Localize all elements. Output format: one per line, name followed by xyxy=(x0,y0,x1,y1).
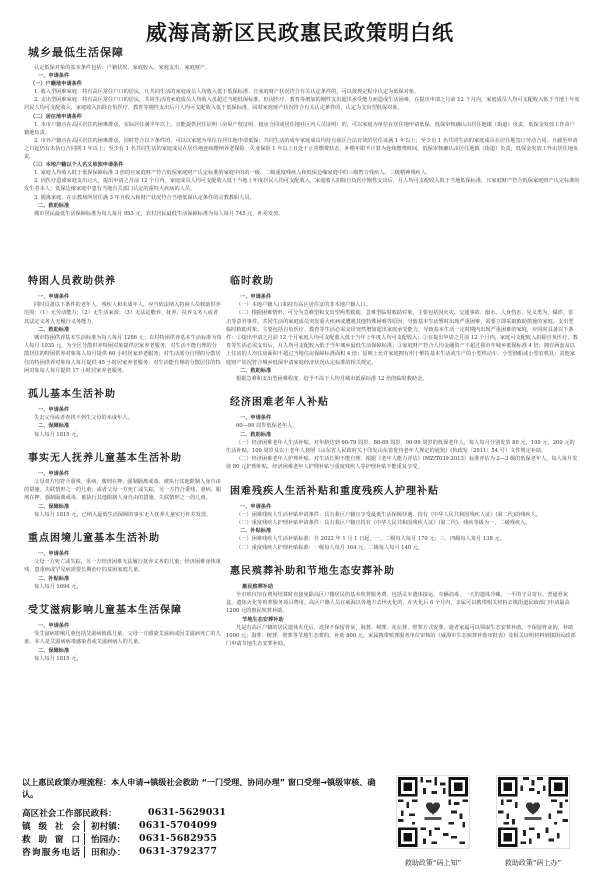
paragraph: 1. 家庭人均收入低于低保保障标准 3 倍的且家庭财产符合低保家庭财产认定标准的… xyxy=(24,169,580,177)
subheading: 二、补贴标准 xyxy=(24,575,222,583)
section-zhongdian: 重点困境儿童基本生活补助 一、申请条件 父母一方死亡或失踪，另一方经济困难无法履… xyxy=(24,529,222,591)
contact-row: 镇 级 社 会 初村镇： 0631-5704099 xyxy=(22,819,382,832)
subheading: （二）居住地申请条件 xyxy=(24,113,580,121)
right-column: 临时救助 一、申请条件 （一）本地户籍人口和持有高区居住证的非本地户籍人口。 （… xyxy=(226,272,578,659)
paragraph: 每人每月 1815 元。已纳入最低生活保障的事实无人抚养儿童实行补差发放。 xyxy=(24,511,222,519)
section-aizi: 受艾滋病影响儿童基本生活保障 一、申请条件 受艾滋病影响儿童包括艾滋病致孤儿童、… xyxy=(24,601,222,663)
window-label: 咨询服务电话 xyxy=(22,846,80,858)
section-heading: 事实无人抚养儿童基本生活补助 xyxy=(28,449,222,464)
subheading: 二、保障标准 xyxy=(24,647,222,655)
subheading: 二、救助标准 xyxy=(226,431,578,439)
subheading: 一、申请条件 xyxy=(226,503,578,511)
contact-label: 高区社会工作部民政科： xyxy=(22,807,138,819)
paragraph: 父母双方均符合重残、重病、服刑在押、强制隔离戒毒、被执行其他限制人身自由的措施、… xyxy=(24,478,222,503)
section-heading: 特困人员救助供养 xyxy=(28,272,222,287)
section-heading: 孤儿基本生活补助 xyxy=(28,385,222,400)
divider xyxy=(84,820,91,832)
contact-row: 咨询服务电话 田和办： 0631-3792377 xyxy=(22,845,382,858)
paragraph: 失去父母或者查找不到生父母的未成年人。 xyxy=(24,414,222,422)
process-flow-text: 以上惠民政策办理流程：本人申请→镇级社会救助 “一门受理、协同办理” 窗口受理→… xyxy=(22,776,382,800)
town-name: 田和办： xyxy=(91,846,139,858)
paragraph: 城市居民最低生活保障标准为每人每月 953 元，农村居民最低生活保障标准为每人每… xyxy=(24,210,580,218)
divider xyxy=(84,846,91,858)
qr-code-image[interactable] xyxy=(496,775,570,849)
section-guer: 孤儿基本生活补助 一、申请条件 失去父母或者查找不到生父母的未成年人。 二、保障… xyxy=(24,385,222,439)
section-heading: 临时救助 xyxy=(230,272,578,287)
paragraph: 60—99 周岁低保老年人。 xyxy=(226,422,578,430)
qr-code-ban[interactable]: 救助政策“码上办” xyxy=(496,775,570,868)
phone-number: 0631-5629031 xyxy=(148,807,226,818)
qr-code-image[interactable] xyxy=(396,775,470,849)
qr-caption: 救助政策“码上办” xyxy=(496,858,570,868)
paragraph: 认定低保对象的基本条件包括：户籍状况、家庭收入、家庭支出、家庭财产。 xyxy=(24,64,580,72)
paragraph: 受艾滋病影响儿童包括艾滋病致孤儿童、父母一方感染艾滋病或因艾滋病死亡的儿童、本人… xyxy=(24,630,222,646)
paragraph: 城市特困供养基本生活标准为每人每月 1286 元；农村特困供养基本生活标准为每人… xyxy=(24,334,222,375)
subheading: 二、保障标准 xyxy=(24,422,222,430)
section-jingji: 经济困难老年人补贴 一、申请条件 60—99 周岁低保老年人。 二、救助标准 （… xyxy=(226,393,578,471)
section-dibao: 城乡最低生活保障 认定低保对象的基本条件包括：户籍状况、家庭收入、家庭支出、家庭… xyxy=(24,44,580,218)
subheading: 二、补贴标准 xyxy=(226,527,578,535)
paragraph: （一）困难残疾人生活补贴申请条件：具有我区户籍且享受最低生活保障待遇、持有《中华… xyxy=(226,511,578,519)
subheading: 二、救助标准 xyxy=(24,202,580,210)
subheading: 一、申请条件 xyxy=(226,293,578,301)
window-label: 镇 级 社 会 xyxy=(22,820,80,832)
section-heading: 惠民殡葬补助和节地生态安葬补助 xyxy=(230,562,578,577)
qr-code-icon xyxy=(398,777,468,847)
paragraph: （二）根据困难情形，可分为急难型和支出型两类救助。急难型临时救助对象，主要包括因… xyxy=(226,309,578,366)
paragraph: 2. 市外户籍且在高区居住的困难群众，同时符合以下条件的，可以以家庭为单位在居住… xyxy=(24,137,580,161)
window-label: 救 助 窗 口 xyxy=(22,833,80,845)
contact-row: 救 助 窗 口 怡园办： 0631-5682955 xyxy=(22,832,382,845)
qr-code-zhi[interactable]: 救助政策“码上知” xyxy=(396,775,470,868)
subheading: 一、申请条件 xyxy=(24,293,222,301)
paragraph: 全市殡仪馆在费用结算时直接免除高区户籍居民的基本殡葬服务费，包括灵车遗体接运、车… xyxy=(226,591,578,616)
paragraph: 同时具备以下条件的老年人、残疾人和未成年人，应当依法纳入特困人员救助供养范围：（… xyxy=(24,301,222,326)
phone-number: 0631-3792377 xyxy=(139,846,217,857)
paragraph: 每人每月 1815 元。 xyxy=(24,655,222,663)
paragraph: 每人每月 1815 元。 xyxy=(24,431,222,439)
left-column: 特困人员救助供养 一、申请条件 同时具备以下条件的老年人、残疾人和未成年人，应当… xyxy=(24,272,222,673)
paragraph: （一）困难残疾人生活补贴标准：自 2022 年 1 月 1 日起，一、二级每人每… xyxy=(226,535,578,543)
subheading: 二、救助标准 xyxy=(24,326,222,334)
subheading: 二、保障标准 xyxy=(24,503,222,511)
section-heading: 受艾滋病影响儿童基本生活保障 xyxy=(28,601,222,616)
subheading: 惠民殡葬补助 xyxy=(226,583,578,591)
contact-row: 高区社会工作部民政科： 0631-5629031 xyxy=(22,806,382,819)
paragraph: （二）重度残疾人护理补贴申请条件：具有我区户籍且持有《中华人民共和国残疾人证》(… xyxy=(226,519,578,527)
subheading: 一、申请条件 xyxy=(24,406,222,414)
subheading: 一、申请条件 xyxy=(226,414,578,422)
section-canji: 困难残疾人生活补贴和重度残疾人护理补贴 一、申请条件 （一）困难残疾人生活补贴申… xyxy=(226,482,578,552)
qr-code-icon xyxy=(498,777,568,847)
section-shishi: 事实无人抚养儿童基本生活补助 一、申请条件 父母双方均符合重残、重病、服刑在押、… xyxy=(24,449,222,519)
section-heading: 城乡最低生活保障 xyxy=(28,44,580,60)
paragraph: 凡是有高区户籍的居民遗体火化后，选择不保留骨灰、海葬、树葬、花坛葬、壁葬方式安葬… xyxy=(226,624,578,649)
contact-list: 高区社会工作部民政科： 0631-5629031 镇 级 社 会 初村镇： 06… xyxy=(22,806,382,858)
paragraph: 1. 本市户籍且在高区居住的困难群众，实际居住满半年以上，且能提供居住证明（房屋… xyxy=(24,121,580,137)
section-heading: 经济困难老年人补贴 xyxy=(230,393,578,408)
footer-contacts: 以上惠民政策办理流程：本人申请→镇级社会救助 “一门受理、协同办理” 窗口受理→… xyxy=(22,776,382,858)
paragraph: （二）重度残疾人护理补贴标准：一级每人每月 164 元，二级每人每月 140 元… xyxy=(226,544,578,552)
town-name: 怡园办： xyxy=(91,833,139,845)
section-linshi: 临时救助 一、申请条件 （一）本地户籍人口和持有高区居住证的非本地户籍人口。 （… xyxy=(226,272,578,383)
subheading: 节地生态安葬补助 xyxy=(226,616,578,624)
subheading: 一、申请条件 xyxy=(24,470,222,478)
town-name: 初村镇： xyxy=(91,820,139,832)
section-heading: 困难残疾人生活补贴和重度残疾人护理补贴 xyxy=(230,482,578,497)
section-heading: 重点困境儿童基本生活补助 xyxy=(28,529,222,544)
subheading: 一、申请条件 xyxy=(24,72,580,80)
subheading: 一、申请条件 xyxy=(24,622,222,630)
paragraph: 根据急难和支出型困难程度，给予不高于人均月城市低保标准 12 倍的临时救助金。 xyxy=(226,375,578,383)
paragraph: 父母一方死亡或失踪，另一方经济困难无法履行抚养义务的儿童；经济困难身体重残、患重… xyxy=(24,558,222,574)
paragraph: 3. 脱离家庭、在宗教场所居住满 3 年且收入和财产状况符合当地低保认定条件的宗… xyxy=(24,194,580,202)
paragraph: 每人每月 1694 元。 xyxy=(24,583,222,591)
phone-number: 0631-5682955 xyxy=(139,833,217,844)
page-title: 威海高新区民政惠民政策明白纸 xyxy=(0,17,600,47)
qr-caption: 救助政策“码上知” xyxy=(396,858,470,868)
subheading: 一、申请条件 xyxy=(24,550,222,558)
phone-number: 0631-5704099 xyxy=(139,820,217,831)
subheading: （一）户籍地申请条件 xyxy=(24,80,580,88)
paragraph: 2. 因医疗造成家庭支出过大，提出申请之月前 12 个月内，家庭成员人均可支配收… xyxy=(24,177,580,193)
section-tekun: 特困人员救助供养 一、申请条件 同时具备以下条件的老年人、残疾人和未成年人，应当… xyxy=(24,272,222,375)
paragraph: （一）本地户籍人口和持有高区居住证的非本地户籍人口。 xyxy=(226,301,578,309)
policy-leaflet: 威海高新区民政惠民政策明白纸 城乡最低生活保障 认定低保对象的基本条件包括：户籍… xyxy=(0,0,600,884)
paragraph: 2. 支出型困难家庭：持有高区常住户口的居民，共同生活的家庭成员人均收入虽超过当… xyxy=(24,96,580,112)
paragraph: （一）经济困难老年人生活补贴。对年龄达到 60-79 周岁、80-89 周岁、9… xyxy=(226,439,578,455)
paragraph: （二）经济困难老年人护理补贴。对生活长期不能自理、根据《老年人能力评估》(MZ/… xyxy=(226,455,578,471)
section-binzang: 惠民殡葬补助和节地生态安葬补助 惠民殡葬补助 全市殡仪馆在费用结算时直接免除高区… xyxy=(226,562,578,649)
subheading: 二、救助标准 xyxy=(226,367,578,375)
subheading: （三）本地户籍以个人名义单独申请条件 xyxy=(24,161,580,169)
divider xyxy=(84,833,91,845)
paragraph: 1. 收入型困难家庭：持有高区常住户口的居民，凡共同生活的家庭成员人均收入低于低… xyxy=(24,88,580,96)
